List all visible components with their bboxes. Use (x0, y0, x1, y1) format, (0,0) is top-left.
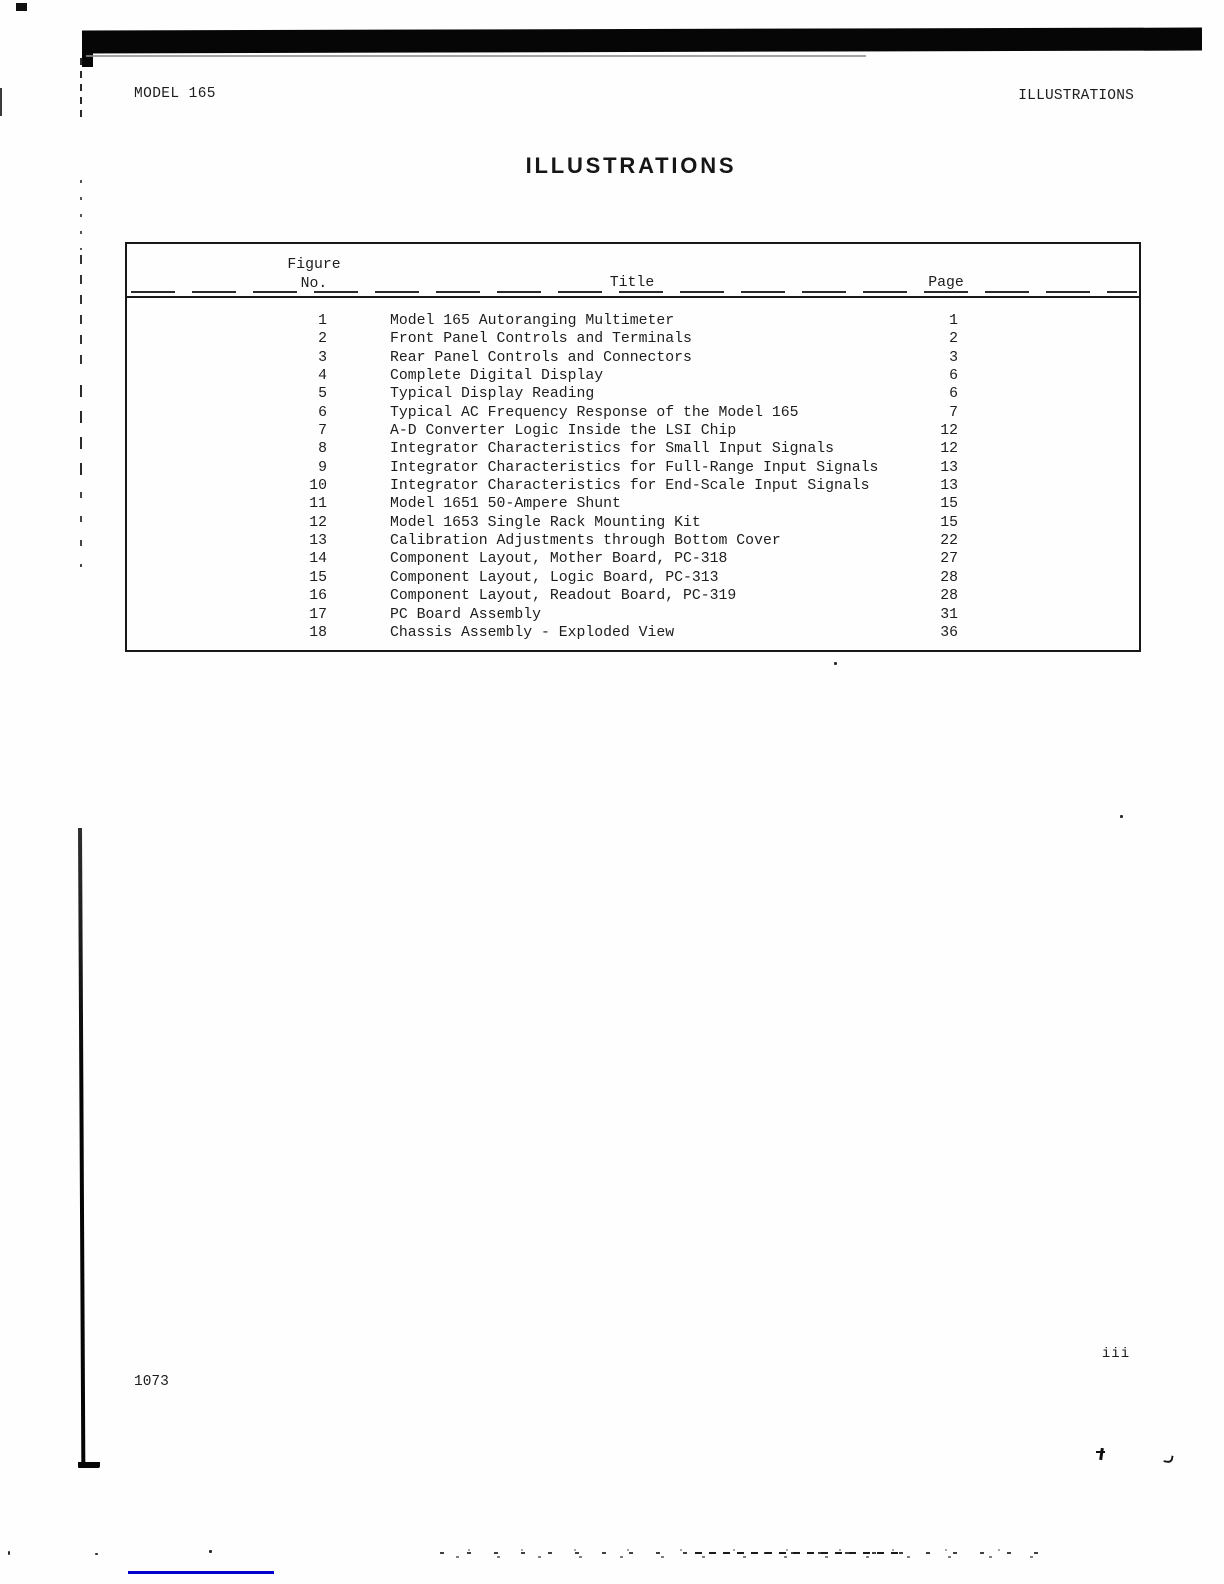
running-header-model: MODEL 165 (134, 86, 216, 102)
table-row: 16 Component Layout, Readout Board, PC-3… (127, 587, 1139, 605)
scan-speck (8, 1551, 10, 1555)
figure-page: 13 (883, 459, 958, 477)
scan-edge-artifact (0, 88, 2, 116)
binding-edge-artifact (78, 828, 85, 1468)
table-row: 1 Model 165 Autoranging Multimeter 1 (127, 312, 1139, 330)
figure-number: 13 (247, 532, 327, 550)
figure-page: 28 (883, 587, 958, 605)
figure-number: 6 (247, 404, 327, 422)
figure-page: 28 (883, 569, 958, 587)
binding-edge-artifact (80, 58, 82, 118)
table-row: 6 Typical AC Frequency Response of the M… (127, 404, 1139, 422)
scan-speck (1163, 1454, 1173, 1463)
column-header-figure: Figure No. (244, 256, 384, 294)
figure-page: 15 (883, 495, 958, 513)
table-row: 7 A-D Converter Logic Inside the LSI Chi… (127, 422, 1139, 440)
figure-title: Rear Panel Controls and Connectors (390, 349, 692, 367)
figure-page: 15 (883, 514, 958, 532)
table-row: 13 Calibration Adjustments through Botto… (127, 532, 1139, 550)
table-row: 4 Complete Digital Display 6 (127, 367, 1139, 385)
scan-speck (16, 3, 27, 11)
figure-title: Integrator Characteristics for Full-Rang… (390, 459, 878, 477)
table-row: 12 Model 1653 Single Rack Mounting Kit 1… (127, 514, 1139, 532)
footer-document-number: 1073 (134, 1374, 169, 1390)
figure-page: 31 (883, 606, 958, 624)
figure-number: 1 (247, 312, 327, 330)
scan-speck (1096, 1448, 1106, 1460)
table-row: 17 PC Board Assembly 31 (127, 606, 1139, 624)
table-row: 8 Integrator Characteristics for Small I… (127, 440, 1139, 458)
figure-title: Typical Display Reading (390, 385, 594, 403)
running-header-section: ILLUSTRATIONS (1004, 88, 1134, 104)
table-row: 3 Rear Panel Controls and Connectors 3 (127, 349, 1139, 367)
scanned-page: MODEL 165 ILLUSTRATIONS ILLUSTRATIONS Fi… (0, 0, 1224, 1584)
figure-page: 2 (883, 330, 958, 348)
figure-page: 36 (883, 624, 958, 642)
scan-blue-line-artifact (128, 1571, 274, 1574)
figure-title: Component Layout, Readout Board, PC-319 (390, 587, 736, 605)
figure-number: 8 (247, 440, 327, 458)
figure-title: Front Panel Controls and Terminals (390, 330, 692, 348)
scan-speck (1120, 815, 1123, 818)
figure-number: 3 (247, 349, 327, 367)
scan-line-artifact (86, 55, 866, 57)
column-header-page: Page (876, 275, 1016, 291)
scan-speck (95, 1553, 98, 1555)
figure-title: PC Board Assembly (390, 606, 541, 624)
scan-top-bar-artifact (82, 50, 93, 67)
scan-top-bar-artifact (82, 28, 1202, 54)
table-row: 10 Integrator Characteristics for End-Sc… (127, 477, 1139, 495)
scan-speck (834, 662, 837, 665)
figure-title: A-D Converter Logic Inside the LSI Chip (390, 422, 736, 440)
table-row: 11 Model 1651 50-Ampere Shunt 15 (127, 495, 1139, 513)
figure-number: 2 (247, 330, 327, 348)
figure-number: 15 (247, 569, 327, 587)
figure-page: 6 (883, 367, 958, 385)
page-title: ILLUSTRATIONS (451, 153, 811, 179)
scan-noise-band (695, 1551, 905, 1555)
table-row: 14 Component Layout, Mother Board, PC-31… (127, 550, 1139, 568)
figure-number: 9 (247, 459, 327, 477)
binding-edge-artifact (80, 492, 82, 567)
figure-title: Calibration Adjustments through Bottom C… (390, 532, 781, 550)
table-row: 9 Integrator Characteristics for Full-Ra… (127, 459, 1139, 477)
table-header-dashed-rule (131, 291, 1137, 293)
figure-title: Model 165 Autoranging Multimeter (390, 312, 674, 330)
table-rows: 1 Model 165 Autoranging Multimeter 1 2 F… (127, 312, 1139, 642)
figure-number: 14 (247, 550, 327, 568)
figure-number: 17 (247, 606, 327, 624)
binding-edge-artifact (80, 180, 82, 250)
figure-page: 6 (883, 385, 958, 403)
figure-page: 27 (883, 550, 958, 568)
figure-number: 7 (247, 422, 327, 440)
figure-page: 12 (883, 422, 958, 440)
table-row: 2 Front Panel Controls and Terminals 2 (127, 330, 1139, 348)
figure-number: 11 (247, 495, 327, 513)
figure-page: 3 (883, 349, 958, 367)
figure-page: 1 (883, 312, 958, 330)
binding-edge-artifact (80, 385, 82, 480)
figure-page: 7 (883, 404, 958, 422)
figure-title: Model 1651 50-Ampere Shunt (390, 495, 621, 513)
footer-page-number: iii (1086, 1346, 1146, 1362)
figures-table: Figure No. Title Page 1 Model 165 Autora… (125, 242, 1141, 652)
figure-number: 18 (247, 624, 327, 642)
figure-number: 5 (247, 385, 327, 403)
figure-title: Component Layout, Logic Board, PC-313 (390, 569, 719, 587)
figure-number: 4 (247, 367, 327, 385)
figure-title: Component Layout, Mother Board, PC-318 (390, 550, 727, 568)
figure-page: 12 (883, 440, 958, 458)
figure-number: 16 (247, 587, 327, 605)
table-row: 15 Component Layout, Logic Board, PC-313… (127, 569, 1139, 587)
figure-number: 12 (247, 514, 327, 532)
scan-speck (209, 1550, 212, 1553)
figure-title: Model 1653 Single Rack Mounting Kit (390, 514, 701, 532)
binding-edge-artifact (80, 255, 82, 370)
figure-title: Chassis Assembly - Exploded View (390, 624, 674, 642)
column-header-figure-line1: Figure (244, 256, 384, 275)
figure-title: Complete Digital Display (390, 367, 603, 385)
figure-title: Typical AC Frequency Response of the Mod… (390, 404, 798, 422)
table-row: 18 Chassis Assembly - Exploded View 36 (127, 624, 1139, 642)
figure-page: 22 (883, 532, 958, 550)
binding-edge-artifact (78, 1462, 100, 1468)
figure-number: 10 (247, 477, 327, 495)
figure-page: 13 (883, 477, 958, 495)
figure-title: Integrator Characteristics for Small Inp… (390, 440, 834, 458)
table-row: 5 Typical Display Reading 6 (127, 385, 1139, 403)
column-header-title: Title (562, 275, 702, 291)
table-header-rule (127, 296, 1139, 298)
figure-title: Integrator Characteristics for End-Scale… (390, 477, 870, 495)
